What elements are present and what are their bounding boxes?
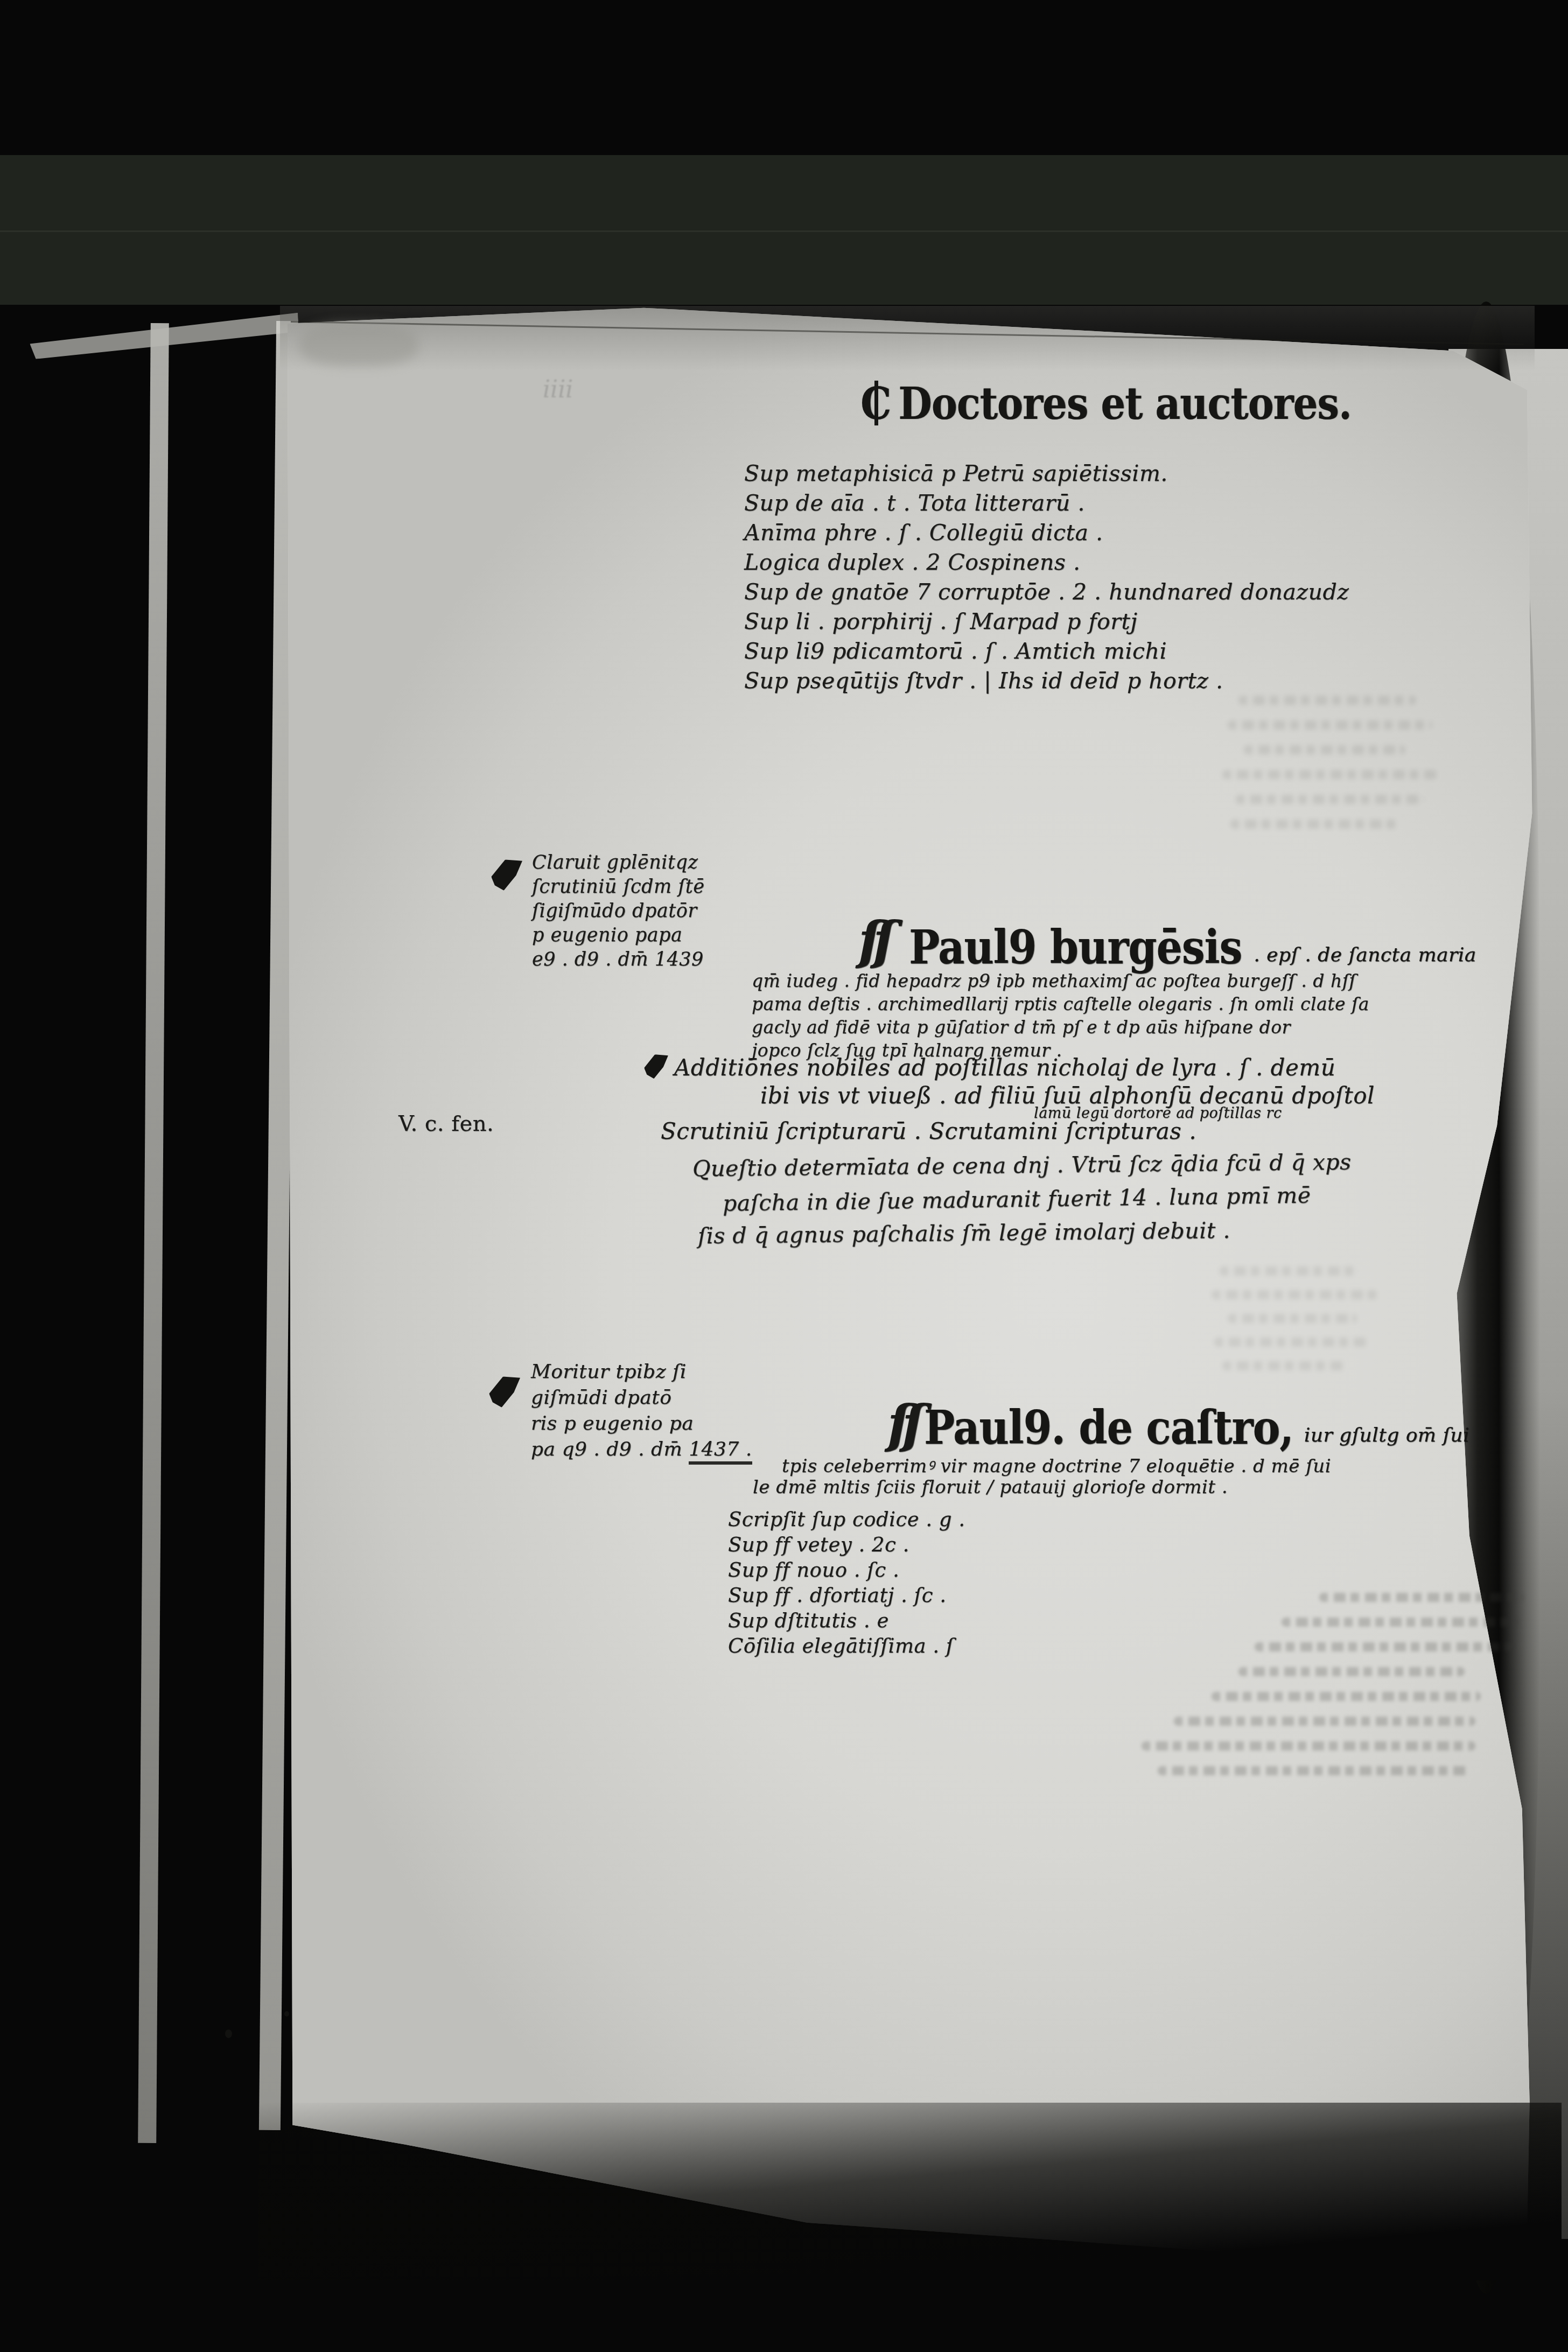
book-photo: iiii CDoctores et auctores. Sup metaphis…: [0, 0, 1568, 2352]
list-item: Sup pseqūtijs ſtvdr . | Ihs id deīd p ho…: [744, 666, 1349, 696]
list-item: Sup ff nouo . ſc .: [728, 1557, 965, 1583]
list-item: Sup de aīa . t . Tota litterarū .: [744, 488, 1349, 518]
margin-note-line: ſcrutiniū ſcdm ſtē: [532, 875, 705, 899]
scrutinium-line: Scrutiniū ſcripturarū . Scrutamini ſcrip…: [661, 1118, 1196, 1144]
paragraph-line: gacly ad fidē vita p gūſatior d tm̄ pſ e…: [752, 1016, 1369, 1039]
paragraph-line: pama deſtis . archimedllarij rptis caſte…: [752, 992, 1369, 1016]
list-item: Sup li9 pdicamtorū . ſ . Amtich michi: [744, 636, 1349, 666]
list-item: Sup de gnatōe 7 corruptōe . 2 . hundnare…: [744, 577, 1349, 607]
list-item: Scripſit ſup codice . g .: [728, 1507, 965, 1532]
backdrop-band: [0, 155, 1568, 305]
burgensis-heading: Paul9 burgēsis. epſ . de ſancta maria: [909, 923, 1476, 971]
margin-note-line: giſmūdi dpatō: [531, 1385, 752, 1411]
ink-speck: [284, 2011, 289, 2017]
castro-paragraph-line: tpis celeberrimꝰ vir magne doctrine 7 el…: [782, 1453, 1331, 1478]
margin-note-line: Moritur tpibz ſi: [531, 1359, 752, 1385]
list-item: Sup ff vetey . 2c .: [728, 1532, 965, 1557]
castro-heading: Paul9. de caſtro,iur gſultg om̄ ſui: [924, 1403, 1469, 1451]
works-list-top: Sup metaphisicā p Petrū sapiētissim. Sup…: [744, 459, 1349, 696]
folio-number-ghost: iiii: [543, 376, 573, 403]
margin-note-line: Claruit gplēnitqz: [532, 851, 705, 875]
fen-margin-label: V. c. fen.: [398, 1111, 494, 1136]
burgensis-title-suffix: . epſ . de ſancta maria: [1254, 944, 1476, 966]
list-item: Anīma phre . ſ . Collegiū dicta .: [744, 518, 1349, 548]
ink-speck: [225, 2029, 232, 2038]
list-item: Cōſilia elegātiſſima . ſ: [728, 1633, 965, 1658]
list-item: Sup li . porphirij . ſ Marpad p fortj: [744, 607, 1349, 636]
margin-note-line: ſigiſmūdo dpatōr: [532, 899, 705, 923]
margin-note-1: Claruit gplēnitqz ſcrutiniū ſcdm ſtē ſig…: [532, 851, 705, 972]
list-item: Sup metaphisicā p Petrū sapiētissim.: [744, 459, 1349, 488]
page-corner-stain: [299, 323, 418, 366]
backdrop-band-line: [0, 230, 1568, 232]
page-heading: CDoctores et auctores.: [860, 380, 1352, 426]
list-item: Sup dſtitutis . e: [728, 1608, 965, 1633]
list-item: Logica duplex . 2 Cospinens .: [744, 548, 1349, 577]
margin-note-line: e9 . d9 . dm̄ 1439: [532, 948, 705, 972]
capitulum-mark-icon: C: [860, 377, 891, 429]
castro-works-list: Scripſit ſup codice . g . Sup ff vetey .…: [728, 1507, 965, 1658]
paragraph-line: qm̄ iudeg . fid hepadrz p9 ipb methaximſ…: [752, 969, 1369, 992]
book-bottom-shadow: [258, 2103, 1562, 2280]
death-date: 1437 .: [689, 1438, 752, 1465]
list-item: Sup ff . dfortiatj . ſc .: [728, 1583, 965, 1608]
margin-note-2: Moritur tpibz ſi giſmūdi dpatō ris p eug…: [531, 1359, 752, 1462]
burgensis-paragraph: qm̄ iudeg . fid hepadrz p9 ipb methaximſ…: [752, 969, 1369, 1062]
margin-note-line: ris p eugenio pa: [531, 1411, 752, 1437]
margin-note-line: pa q9 . d9 . dm̄ 1437 .: [531, 1437, 752, 1462]
castro-title-suffix: iur gſultg om̄ ſui: [1304, 1424, 1469, 1446]
section-mark-icon: ſſ: [858, 910, 888, 971]
margin-note-line: p eugenio papa: [532, 923, 705, 948]
section-mark-icon: ſſ: [887, 1394, 917, 1454]
additiones-line-1: Additiōnes nobiles ad poſtillas nicholaj…: [674, 1054, 1335, 1081]
castro-title: Paul9. de caſtro,: [924, 1400, 1293, 1454]
burgensis-title: Paul9 burgēsis: [909, 920, 1242, 974]
page-title: Doctores et auctores.: [898, 377, 1352, 429]
page-top-shade: [280, 306, 1535, 370]
castro-paragraph-line: le dmē mltis ſciis floruit / patauij glo…: [753, 1476, 1228, 1498]
